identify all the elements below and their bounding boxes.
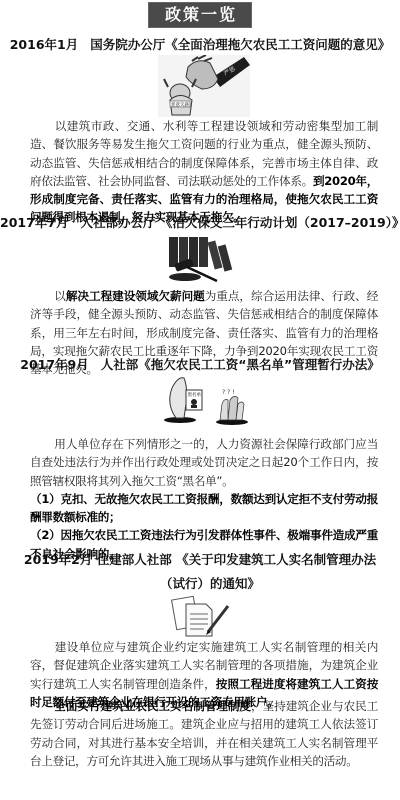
policy-title-2019-02: 2019年2月 住建部人社部 《关于印发建筑工人实名制管理办法 xyxy=(0,552,400,568)
policy-doc-title: 《治欠保支三年行动计划（2017–2019）》 xyxy=(160,215,400,230)
svg-text:黑名单: 黑名单 xyxy=(188,391,202,398)
policy-date: 2019年2月 xyxy=(24,552,93,567)
policy-title-2019-02-cont: （试行）的通知》 xyxy=(0,576,400,592)
law-books-gavel-icon xyxy=(163,235,241,285)
page-header: 政策一览 xyxy=(0,2,400,28)
paragraph-text: 用人单位存在下列情形之一的，人力资源社会保障行政部门应当自查处违法行为并作出行政… xyxy=(30,437,378,488)
policy-issuer: 人社部 xyxy=(101,357,139,372)
hand-grab-illustration-icon: 严惩 恶意欠薪 xyxy=(158,55,250,117)
policy-date: 2017年9月 xyxy=(20,357,89,372)
policy-date: 2017年7月 xyxy=(0,215,69,230)
policy-date: 2016年1月 xyxy=(10,37,79,52)
svg-text:? ? !: ? ? ! xyxy=(222,389,235,396)
policy-doc-title-line1: 《关于印发建筑工人实名制管理办法 xyxy=(176,552,376,567)
blacklist-illustration-icon: 黑名单 ? ? ! xyxy=(162,374,254,426)
policy-paragraph-2016: 以建筑市政、交通、水利等工程建设领域和劳动密集型加工制造、餐饮服务等易发生拖欠工… xyxy=(30,117,378,227)
policy-title-2016-01: 2016年1月国务院办公厅《全面治理拖欠农民工工资问题的意见》 xyxy=(0,37,400,53)
policy-issuer: 人社部办公厅 xyxy=(81,215,156,230)
blacklist-criterion-1: （1）克扣、无故拖欠农民工工资报酬，数额达到认定拒不支付劳动报酬罪数额标准的； xyxy=(30,490,378,527)
policy-title-2017-09: 2017年9月人社部《拖欠农民工工资“黑名单”管理暂行办法》 xyxy=(0,357,400,373)
policy-doc-title: 《拖欠农民工工资“黑名单”管理暂行办法》 xyxy=(138,357,379,372)
policy-issuer: 住建部人社部 xyxy=(97,552,172,567)
page-title: 政策一览 xyxy=(148,2,252,28)
paragraph-bold-text: 全面实行建筑业农民工实名制管理制度 xyxy=(54,699,251,713)
policy-title-2017-07: 2017年7月人社部办公厅 《治欠保支三年行动计划（2017–2019）》 xyxy=(0,215,400,231)
policy-issuer: 国务院办公厅 xyxy=(90,37,165,52)
policy-doc-title: 《全面治理拖欠农民工工资问题的意见》 xyxy=(165,37,390,52)
policy-doc-title-line2: （试行）的通知》 xyxy=(160,576,260,591)
svg-text:恶意欠薪: 恶意欠薪 xyxy=(171,101,189,108)
paragraph-text: 以 xyxy=(54,289,66,303)
policy-paragraph-2019-b: 全面实行建筑业农民工实名制管理制度，坚持建筑企业与农民工先签订劳动合同后进场施工… xyxy=(30,697,378,770)
paragraph-bold-text: 解决工程建设领域欠薪问题 xyxy=(66,289,205,303)
policy-paragraph-2017-09: 用人单位存在下列情形之一的，人力资源社会保障行政部门应当自查处违法行为并作出行政… xyxy=(30,435,378,563)
documents-pen-icon xyxy=(170,594,232,638)
